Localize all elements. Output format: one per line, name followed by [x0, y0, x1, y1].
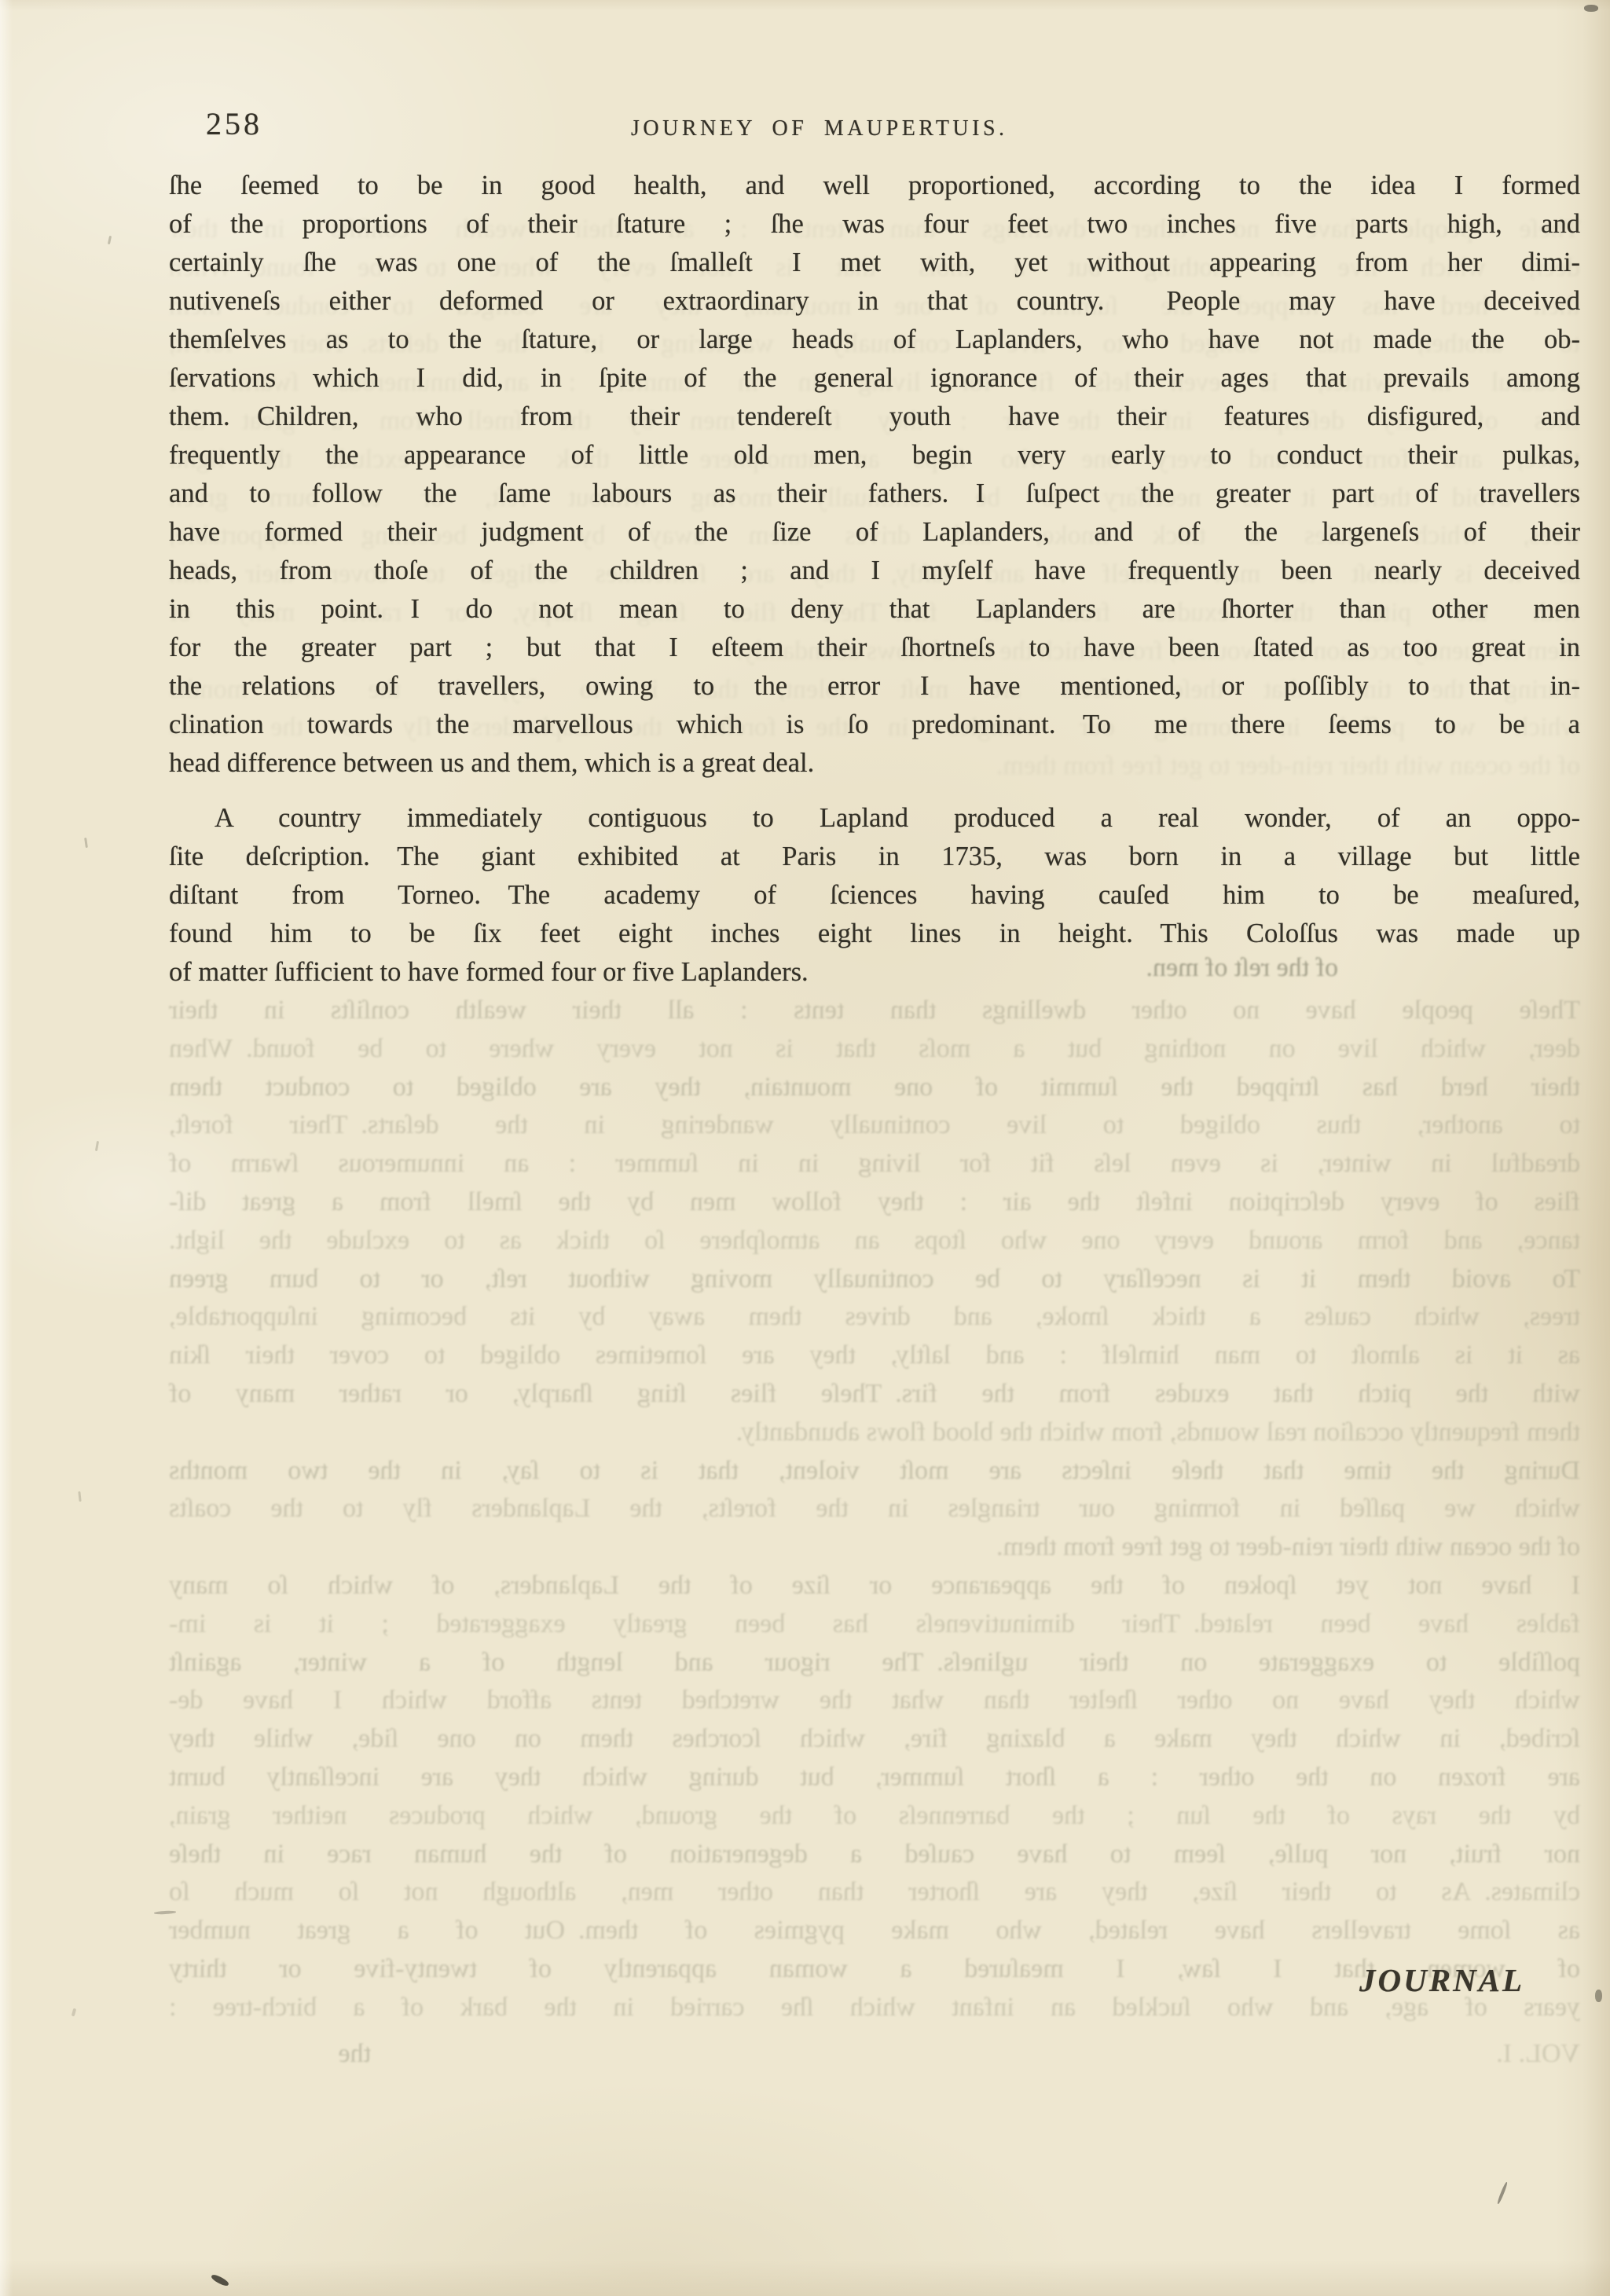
ink-speck: [1584, 5, 1598, 12]
text-line: of the proportions of their ſtature ; ſh…: [169, 205, 1580, 244]
text-line: nutiveneſs either deformed or extraordin…: [169, 282, 1580, 321]
paragraph: ſhe ſeemed to be in good health, and wel…: [169, 167, 1580, 783]
text-line: the relations of travellers, owing to th…: [169, 667, 1580, 706]
text-line: head difference between us and them, whi…: [169, 744, 1580, 783]
text-line: them. Children, who from their tendereſt…: [169, 398, 1580, 436]
running-title: JOURNEY OF MAUPERTUIS.: [631, 116, 1008, 141]
text-line: certainly ſhe was one of the ſmalleſt I …: [169, 244, 1580, 282]
page-number: 258: [206, 105, 262, 142]
text-line: heads, from thoſe of the children ; and …: [169, 552, 1580, 590]
text-line: frequently the appearance of little old …: [169, 436, 1580, 475]
catchword: JOURNAL: [1359, 1961, 1524, 1999]
body-text: ſhe ſeemed to be in good health, and wel…: [169, 167, 1580, 992]
text-line: ſite deſcription. The giant exhibited at…: [169, 838, 1580, 876]
text-line: of matter ſufficient to have formed four…: [169, 953, 1580, 992]
paragraph: A country immediately contiguous to Lapl…: [169, 799, 1580, 992]
text-line: and to follow the ſame labours as their …: [169, 475, 1580, 513]
text-line: found him to be ſix feet eight inches ei…: [169, 915, 1580, 953]
text-line: clination towards the marvellous which i…: [169, 706, 1580, 744]
text-line: diſtant from Torneo. The academy of ſcie…: [169, 876, 1580, 915]
text-line: for the greater part ; but that I eſteem…: [169, 629, 1580, 667]
printed-content: 258 JOURNEY OF MAUPERTUIS. ſhe ſeemed to…: [0, 0, 1610, 2296]
text-line: themſelves as to the ſtature, or large h…: [169, 321, 1580, 359]
text-line: ſhe ſeemed to be in good health, and wel…: [169, 167, 1580, 205]
scanned-book-page: Theſe people have no other dwellings tha…: [0, 0, 1610, 2296]
text-line: A country immediately contiguous to Lapl…: [169, 799, 1580, 838]
text-line: ſervations which I did, in ſpite of the …: [169, 359, 1580, 398]
text-line: in this point. I do not mean to deny tha…: [169, 590, 1580, 629]
ink-speck: [1595, 1990, 1602, 2002]
text-line: have formed their judgment of the ſize o…: [169, 513, 1580, 552]
